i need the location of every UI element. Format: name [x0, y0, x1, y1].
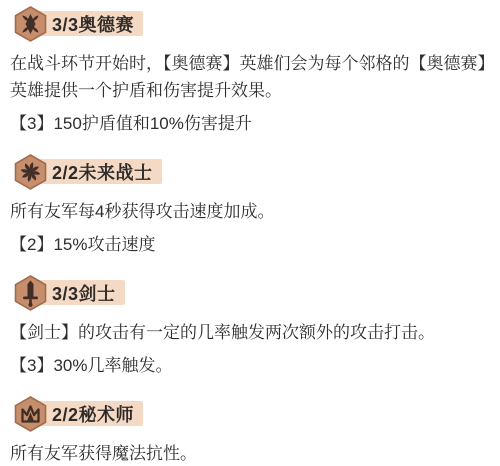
trait-list: 3/3奥德赛 在战斗环节开始时，【奥德赛】英雄们会为每个邻格的【奥德赛】英雄提供…	[10, 5, 486, 466]
trait-tooltip-panel: 3/3奥德赛 在战斗环节开始时，【奥德赛】英雄们会为每个邻格的【奥德赛】英雄提供…	[0, 0, 500, 466]
odyssey-trait-icon	[14, 6, 47, 42]
trait-section: 3/3剑士 【剑士】的攻击有一定的几率触发两次额外的攻击打击。 【3】30%几率…	[10, 274, 486, 379]
trait-label: 2/2未来战士	[27, 159, 162, 184]
trait-description: 所有友军获得魔法抗性。	[10, 440, 486, 466]
trait-section: 3/3奥德赛 在战斗环节开始时，【奥德赛】英雄们会为每个邻格的【奥德赛】英雄提供…	[10, 5, 486, 137]
blademaster-trait-icon	[14, 275, 47, 311]
trait-description: 所有友军每4秒获得攻击速度加成。	[10, 198, 486, 225]
trait-description: 【剑士】的攻击有一定的几率触发两次额外的攻击打击。	[10, 319, 486, 346]
mystic-trait-icon	[14, 396, 47, 432]
trait-section: 2/2未来战士 所有友军每4秒获得攻击速度加成。 【2】15%攻击速度	[10, 153, 486, 258]
future-warrior-trait-icon	[14, 154, 47, 190]
trait-effect: 【3】150护盾值和10%伤害提升	[10, 110, 486, 137]
trait-header[interactable]: 2/2秘术师	[10, 395, 486, 432]
trait-description: 在战斗环节开始时，【奥德赛】英雄们会为每个邻格的【奥德赛】英雄提供一个护盾和伤害…	[10, 50, 486, 104]
trait-section: 2/2秘术师 所有友军获得魔法抗性。	[10, 395, 486, 466]
trait-effect: 【3】30%几率触发。	[10, 352, 486, 379]
trait-effect: 【2】15%攻击速度	[10, 231, 486, 258]
trait-header[interactable]: 3/3剑士	[10, 274, 486, 311]
trait-header[interactable]: 2/2未来战士	[10, 153, 486, 190]
trait-header[interactable]: 3/3奥德赛	[10, 5, 486, 42]
